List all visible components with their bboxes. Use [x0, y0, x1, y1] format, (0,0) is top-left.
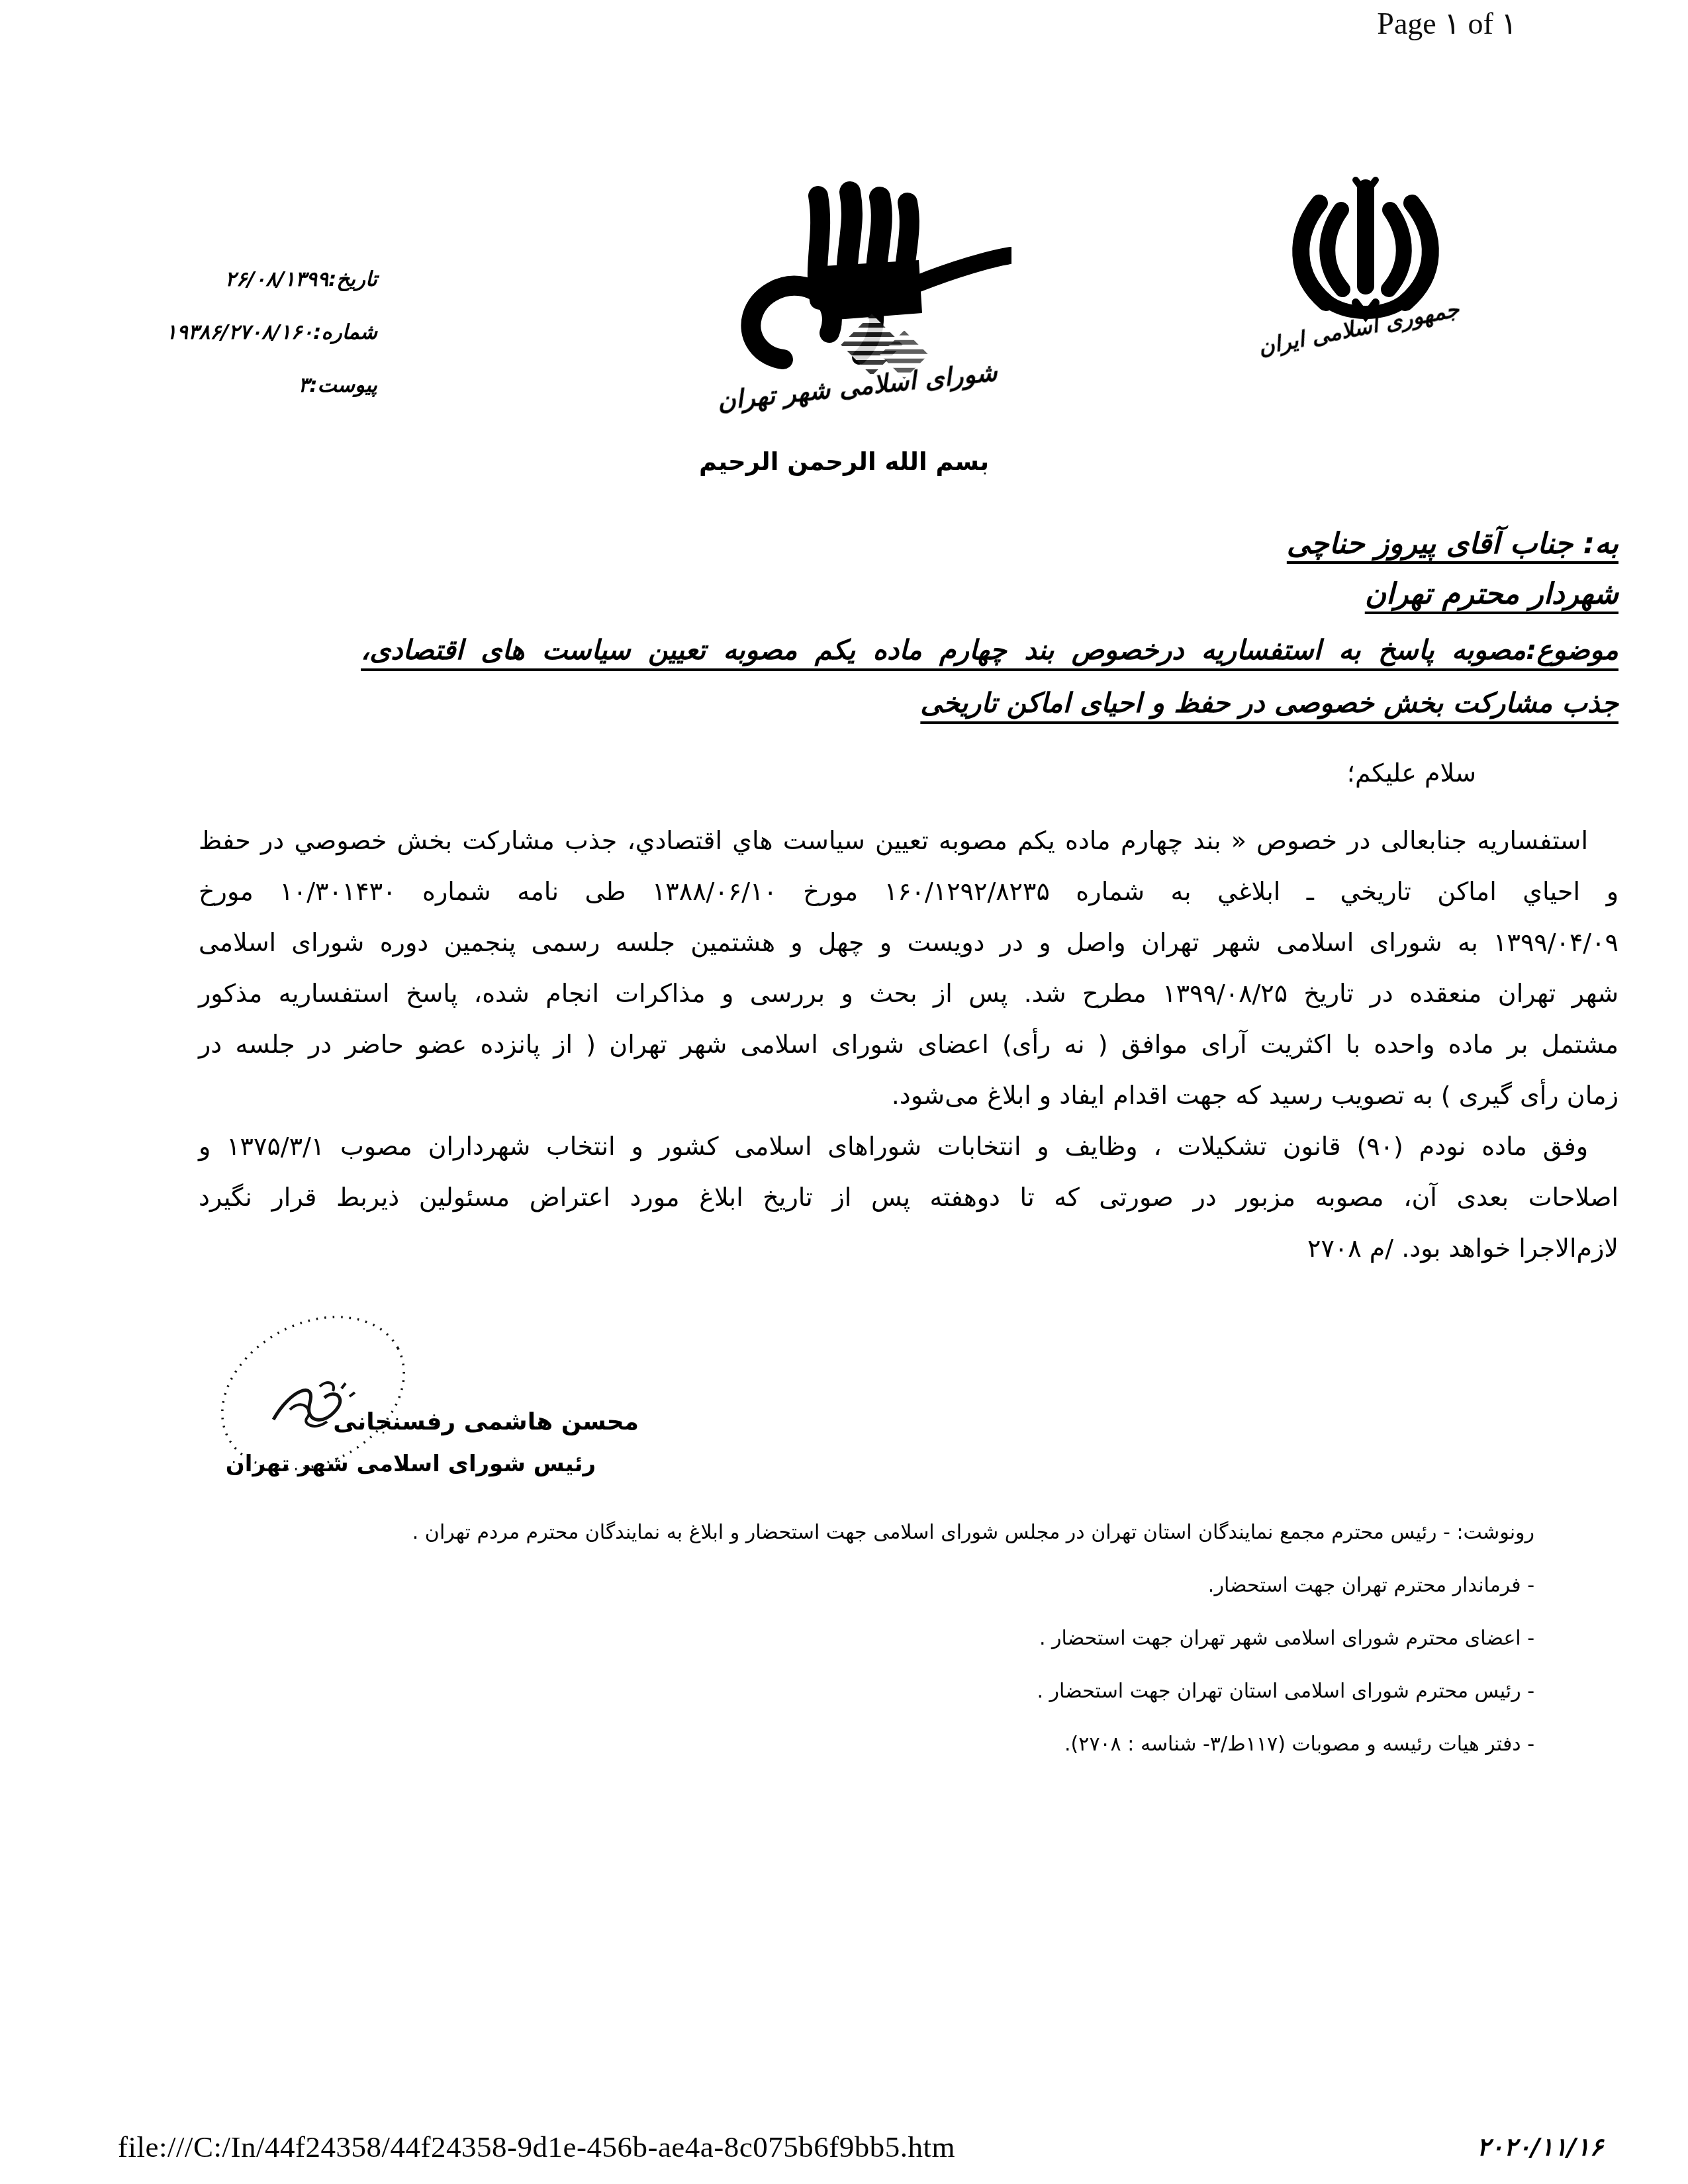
body-line: وفق ماده نودم (۹۰) قانون تشکیلات ، وظایف…	[199, 1121, 1618, 1172]
cc-item: - دفتر هیات رئیسه و مصوبات (۱۱۷ط/۳- شناس…	[412, 1729, 1534, 1760]
footer-file-url: file:///C:/In/44f24358/44f24358-9d1e-456…	[118, 2130, 955, 2164]
cc-item: رونوشت: - رئیس محترم مجمع نمایندگان استا…	[412, 1517, 1534, 1548]
cc-item: - فرماندار محترم تهران جهت استحضار.	[412, 1570, 1534, 1601]
signatory-title: رئیس شورای اسلامی شهر تهران	[226, 1451, 596, 1477]
letterhead-attachment: پیوست:۳	[93, 359, 377, 412]
footer-date: ۲۰۲۰/۱۱/۱۶	[1477, 2132, 1603, 2161]
body-line: لازم‌الاجرا خواهد بود. /م ۲۷۰۸	[199, 1223, 1618, 1274]
body-line: اصلاحات بعدی آن، مصوبه مزبور در صورتی که…	[199, 1172, 1618, 1223]
body-line: مشتمل بر ماده واحده با اکثریت آرای موافق…	[199, 1019, 1618, 1070]
subject-line-2: جذب مشارکت بخش خصوصی در حفظ و احیای اماک…	[920, 687, 1618, 719]
signatory-name: محسن هاشمی رفسنجانی	[333, 1408, 639, 1435]
letterhead-number: شماره:۱۹۳۸۶/۲۷۰۸/۱۶۰	[93, 306, 377, 359]
letterhead-meta: تاریخ:۲۶/۰۸/۱۳۹۹ شماره:۱۹۳۸۶/۲۷۰۸/۱۶۰ پی…	[93, 253, 377, 412]
scanned-letter-page: Page ١ of ١ تاریخ:۲۶/۰۸/۱۳۹۹ شماره:۱۹۳۸۶…	[0, 0, 1688, 2184]
subject-line-1: موضوع:مصوبه پاسخ به استفساریه درخصوص بند…	[361, 634, 1618, 666]
salutation: سلام علیکم؛	[1347, 758, 1476, 788]
body-line: شهر تهران منعقده در تاریخ ۱۳۹۹/۰۸/۲۵ مطر…	[199, 968, 1618, 1019]
body-line: ۱۳۹۹/۰۴/۰۹ به شورای اسلامی شهر تهران واص…	[199, 917, 1618, 968]
body-line: و احیاي اماکن تاریخي ـ ابلاغي به شماره ۱…	[199, 866, 1618, 917]
body-line: استفساریه جنابعالی در خصوص « بند چهارم م…	[199, 815, 1618, 866]
cc-item: - اعضای محترم شورای اسلامی شهر تهران جهت…	[412, 1623, 1534, 1654]
letterhead-date: تاریخ:۲۶/۰۸/۱۳۹۹	[93, 253, 377, 306]
bismillah: بسم الله الرحمن الرحیم	[0, 447, 1688, 476]
cc-list: رونوشت: - رئیس محترم مجمع نمایندگان استا…	[412, 1517, 1534, 1782]
recipient-title: شهردار محترم تهران	[1365, 577, 1618, 611]
recipient-line: به: جناب آقای پیروز حناچی	[1287, 527, 1618, 561]
council-logo-icon	[720, 164, 1011, 385]
cc-item: - رئیس محترم شورای اسلامی استان تهران جه…	[412, 1676, 1534, 1707]
body-line: زمان رأی گیری ) به تصویب رسید که جهت اقد…	[199, 1070, 1618, 1121]
page-number-label: Page ١ of ١	[1377, 5, 1517, 41]
letter-body: استفساریه جنابعالی در خصوص « بند چهارم م…	[199, 815, 1618, 1274]
